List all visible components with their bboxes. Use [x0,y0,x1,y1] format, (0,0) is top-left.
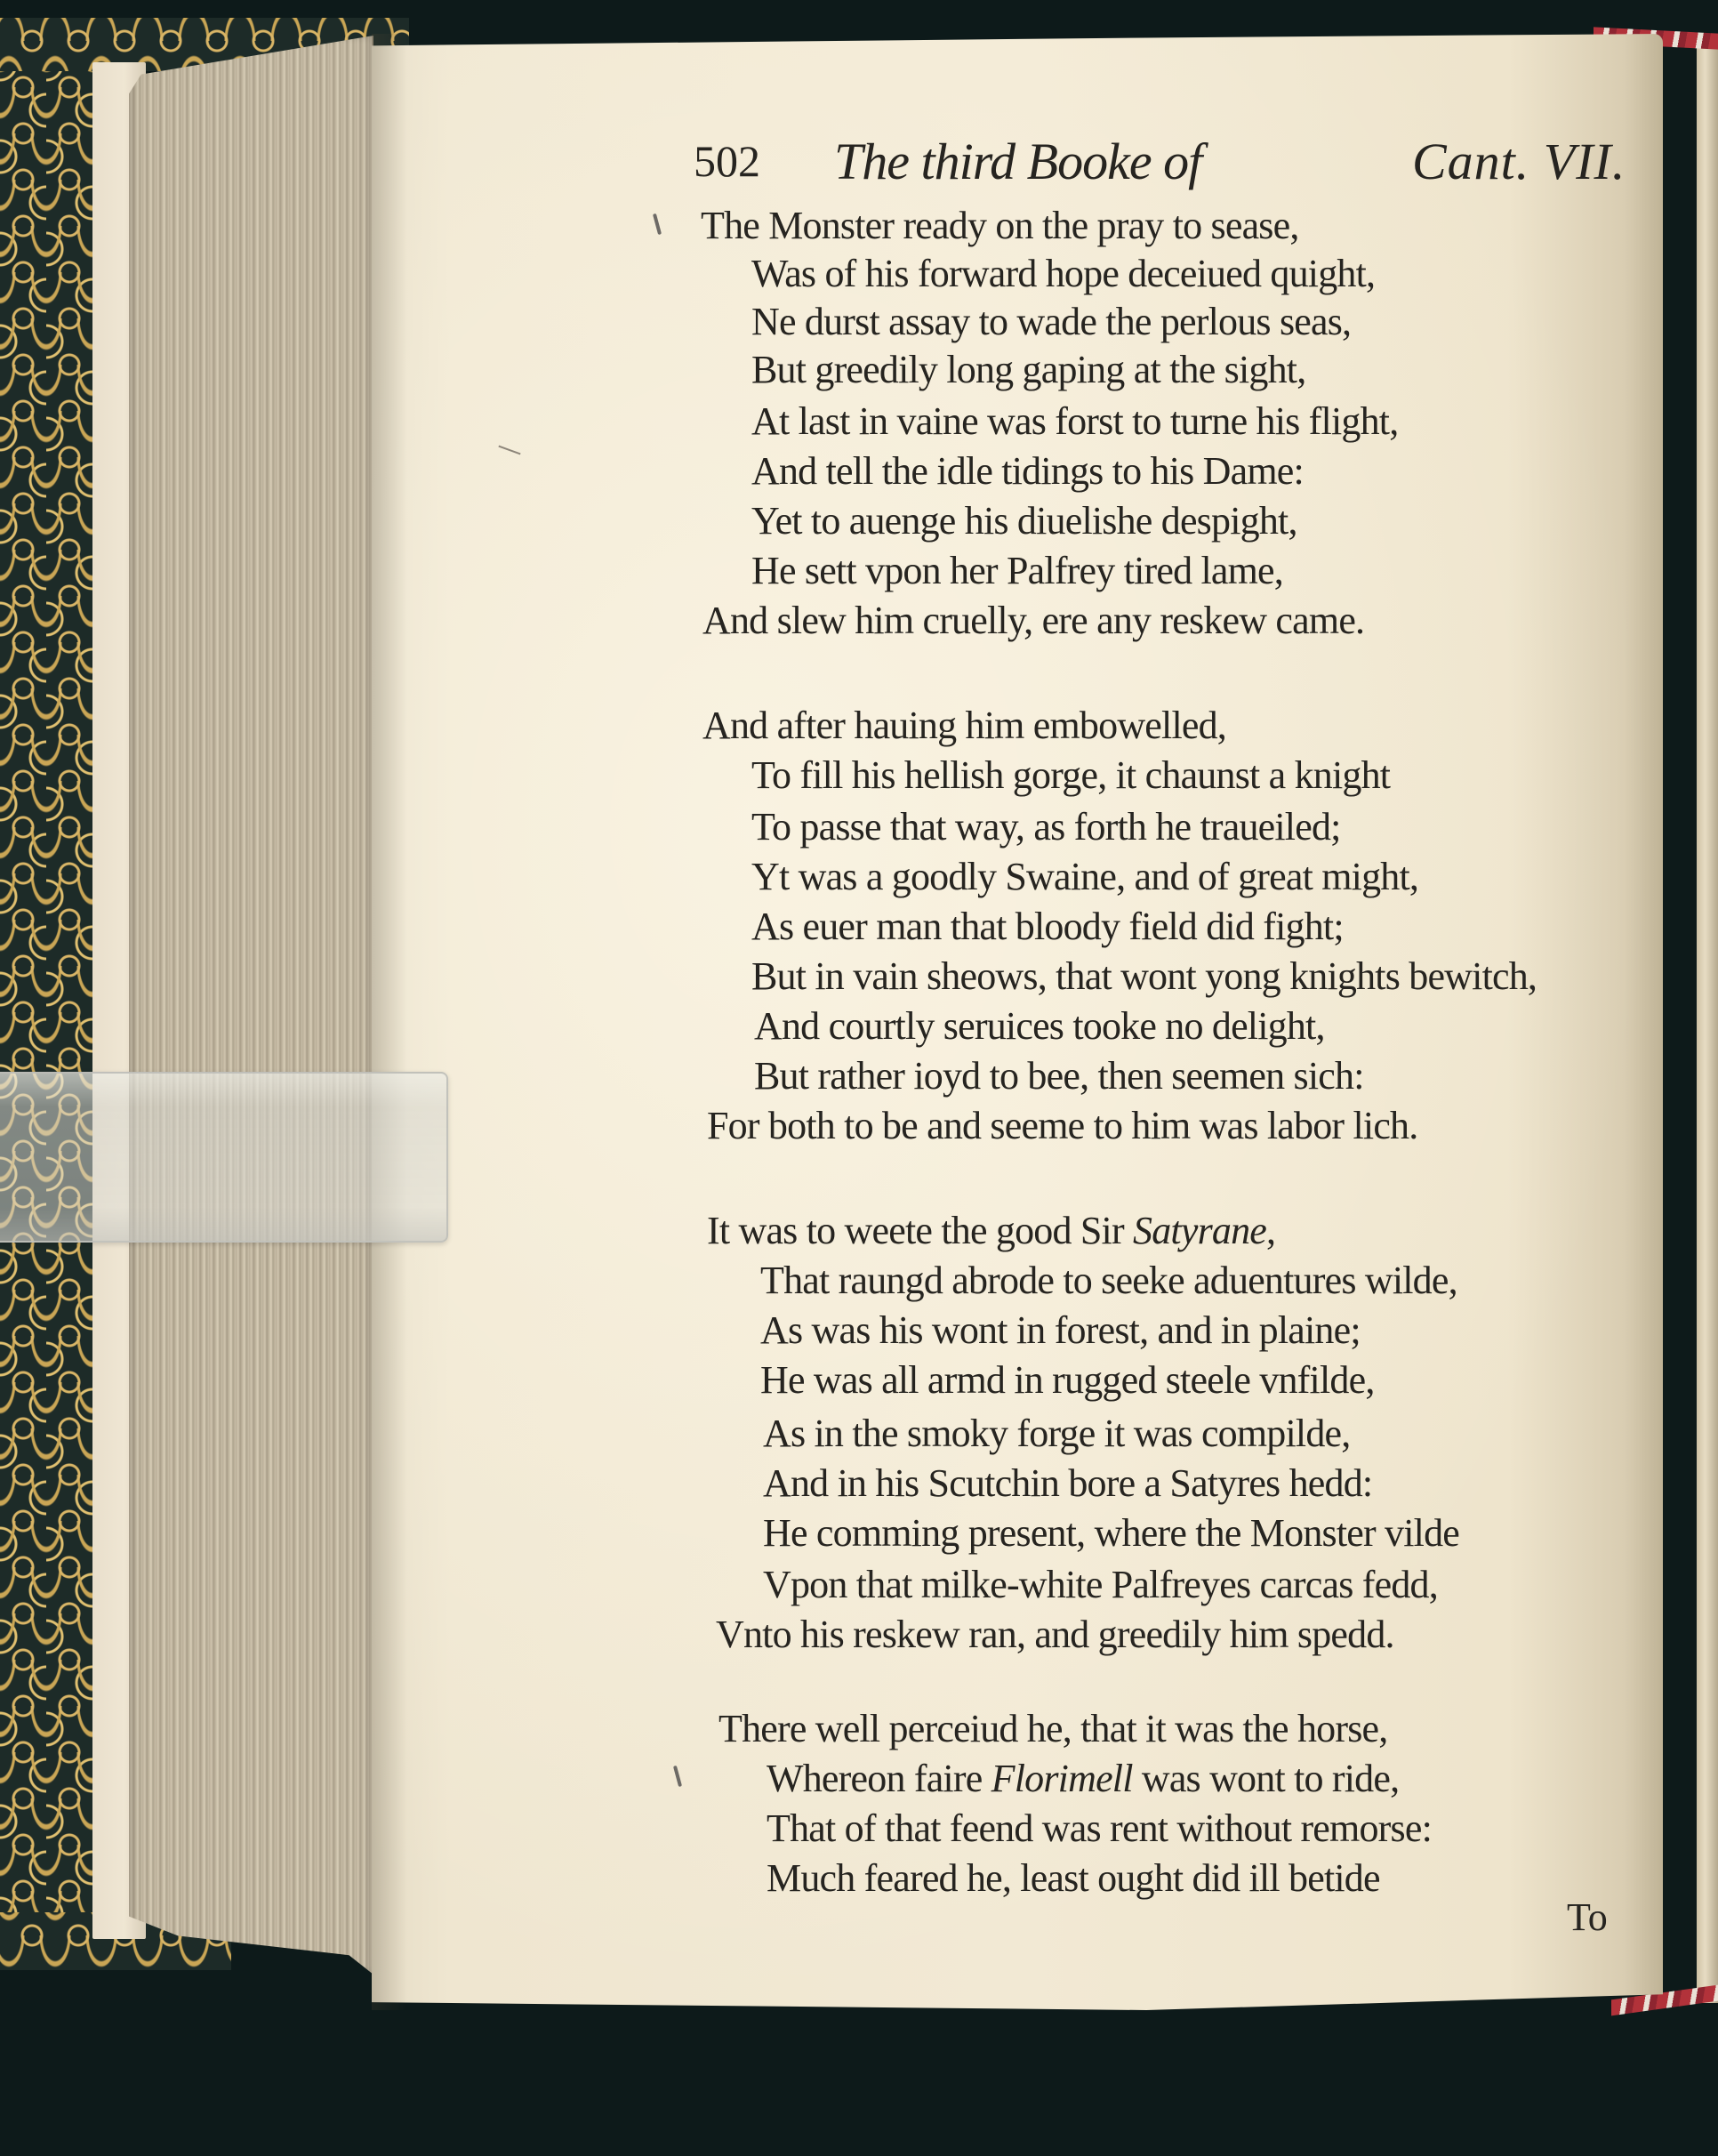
verse-line: And tell the idle tidings to his Dame: [751,448,1304,494]
verse-line: And slew him cruelly, ere any reskew cam… [702,598,1364,643]
verse-line: At last in vaine was forst to turne his … [751,398,1398,444]
verse-line: Was of his forward hope deceiued quight, [751,251,1375,296]
italic-name: Florimell [991,1757,1133,1800]
catchword: To [1567,1895,1608,1940]
verse-line: To passe that way, as forth he traueiled… [751,804,1341,849]
verse-line: But in vain sheows, that wont yong knigh… [751,953,1537,999]
verse-line: And courtly seruices tooke no delight, [754,1003,1325,1049]
verse-line: Vnto his reskew ran, and greedily him sp… [716,1612,1394,1657]
plastic-page-clip [0,1072,448,1243]
verse-line: And after hauing him embowelled, [702,703,1226,748]
verse-line: He comming present, where the Monster vi… [763,1510,1459,1556]
pencil-mark [498,446,520,455]
margin-mark [653,213,662,235]
verse-line: As was his wont in forest, and in plaine… [760,1307,1361,1353]
running-title: The third Booke of [834,132,1201,191]
verse-line: It was to weete the good Sir Satyrane, [707,1208,1275,1253]
verse-line: As in the smoky forge it was compilde, [763,1411,1350,1456]
verse-line: Ne durst assay to wade the perlous seas, [751,299,1351,344]
verse-line: But greedily long gaping at the sight, [751,347,1305,392]
verse-line: He was all armd in rugged steele vnfilde… [760,1357,1375,1403]
italic-name: Satyrane [1133,1209,1266,1252]
verse-line: He sett vpon her Palfrey tired lame, [751,548,1283,593]
verse-line: Yet to auenge his diuelishe despight, [751,498,1297,543]
verse-line: For both to be and seeme to him was labo… [707,1103,1417,1148]
verse-line: Whereon faire Florimell was wont to ride… [767,1756,1399,1801]
verse-line: As euer man that bloody field did fight; [751,904,1344,949]
verse-line: Much feared he, least ought did ill beti… [767,1855,1380,1901]
verse-line: Vpon that milke-white Palfreyes carcas f… [763,1562,1438,1607]
verse-line: To fill his hellish gorge, it chaunst a … [751,752,1390,798]
running-head: 502 The third Booke of Cant. VII. [694,132,1654,194]
verse-line: And in his Scutchin bore a Satyres hedd: [763,1460,1372,1506]
canto-number: Cant. VII. [1412,132,1626,191]
verse-line: That of that feend was rent without remo… [767,1806,1432,1851]
verse-line: Yt was a goodly Swaine, and of great mig… [751,854,1418,899]
verse-line: There well perceiud he, that it was the … [719,1706,1387,1751]
verse-line: The Monster ready on the pray to sease, [701,203,1299,248]
verse-line: That raungd abrode to seeke aduentures w… [760,1258,1457,1303]
margin-mark [673,1766,682,1787]
verse-line: But rather ioyd to bee, then seemen sich… [754,1053,1364,1098]
page-number: 502 [694,135,760,187]
